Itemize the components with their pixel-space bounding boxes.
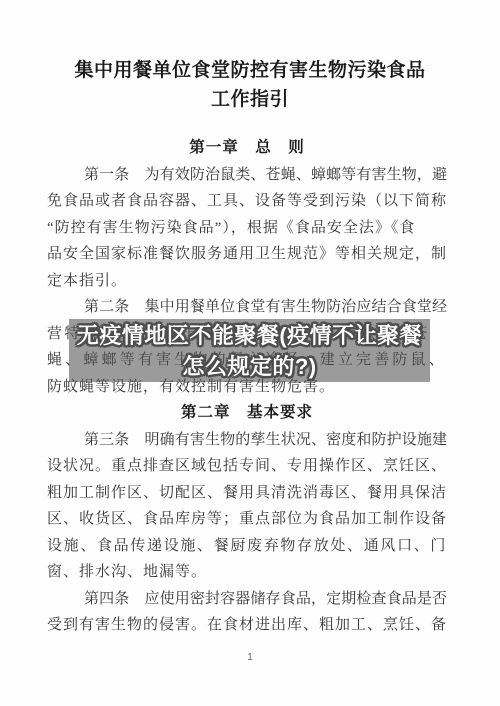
scanned-document-page: 集中用餐单位食堂防控有害生物污染食品 工作指引 第一章 总 则 第一条 为有效防… bbox=[0, 0, 500, 706]
document-line: 受到有害生物的侵害。在食材进出库、粗加工、烹饪、备 bbox=[47, 612, 447, 639]
document-line: 第三条 明确有害生物的孳生状况、密度和防护设施建 bbox=[47, 427, 447, 454]
chapter-heading: 第二章 基本要求 bbox=[47, 400, 447, 427]
document-title: 集中用餐单位食堂防控有害生物污染食品 工作指引 bbox=[0, 56, 500, 114]
document-line: “防控有害生物污染食品”），根据《食品安全法》《食 bbox=[47, 215, 447, 242]
document-line: 设状况。重点排查区域包括专间、专用操作区、烹饪区、 bbox=[47, 453, 447, 480]
chapter-heading: 第一章 总 则 bbox=[47, 135, 447, 162]
caption-text-line1: 无疫情地区不能聚餐(疫情不让聚餐 bbox=[77, 320, 422, 351]
document-line: 品安全国家标准餐饮服务通用卫生规范》等相关规定，制 bbox=[47, 241, 447, 268]
document-line: 第二条 集中用餐单位食堂有害生物防治应结合食堂经 bbox=[47, 294, 447, 321]
document-line: 第四条 应使用密封容器储存食品，定期检查食品是否 bbox=[47, 586, 447, 613]
document-line: 窗、排水沟、地漏等。 bbox=[47, 559, 447, 586]
document-line: 第一条 为有效防治鼠类、苍蝇、蟑螂等有害生物，避 bbox=[47, 162, 447, 189]
document-title-line2: 工作指引 bbox=[0, 85, 500, 114]
document-title-line1: 集中用餐单位食堂防控有害生物污染食品 bbox=[0, 56, 500, 85]
page-number: 1 bbox=[0, 651, 500, 665]
document-body: 第一章 总 则 第一条 为有效防治鼠类、苍蝇、蟑螂等有害生物，避 免食品或者食品… bbox=[47, 135, 447, 639]
document-line: 粗加工制作区、切配区、餐用具清洗消毒区、餐用具保洁 bbox=[47, 480, 447, 507]
caption-text-line2: 怎么规定的?) bbox=[182, 351, 316, 382]
document-line: 免食品或者食品容器、工具、设备等受到污染（以下简称 bbox=[47, 188, 447, 215]
document-line: 设施、食品传递设施、餐厨废弃物存放处、通风口、门 bbox=[47, 533, 447, 560]
document-line: 区、收货区、食品库房等；重点部位为食品加工制作设备 bbox=[47, 506, 447, 533]
document-line: 定本指引。 bbox=[47, 268, 447, 295]
caption-overlay: 无疫情地区不能聚餐(疫情不让聚餐 怎么规定的?) bbox=[69, 319, 430, 382]
